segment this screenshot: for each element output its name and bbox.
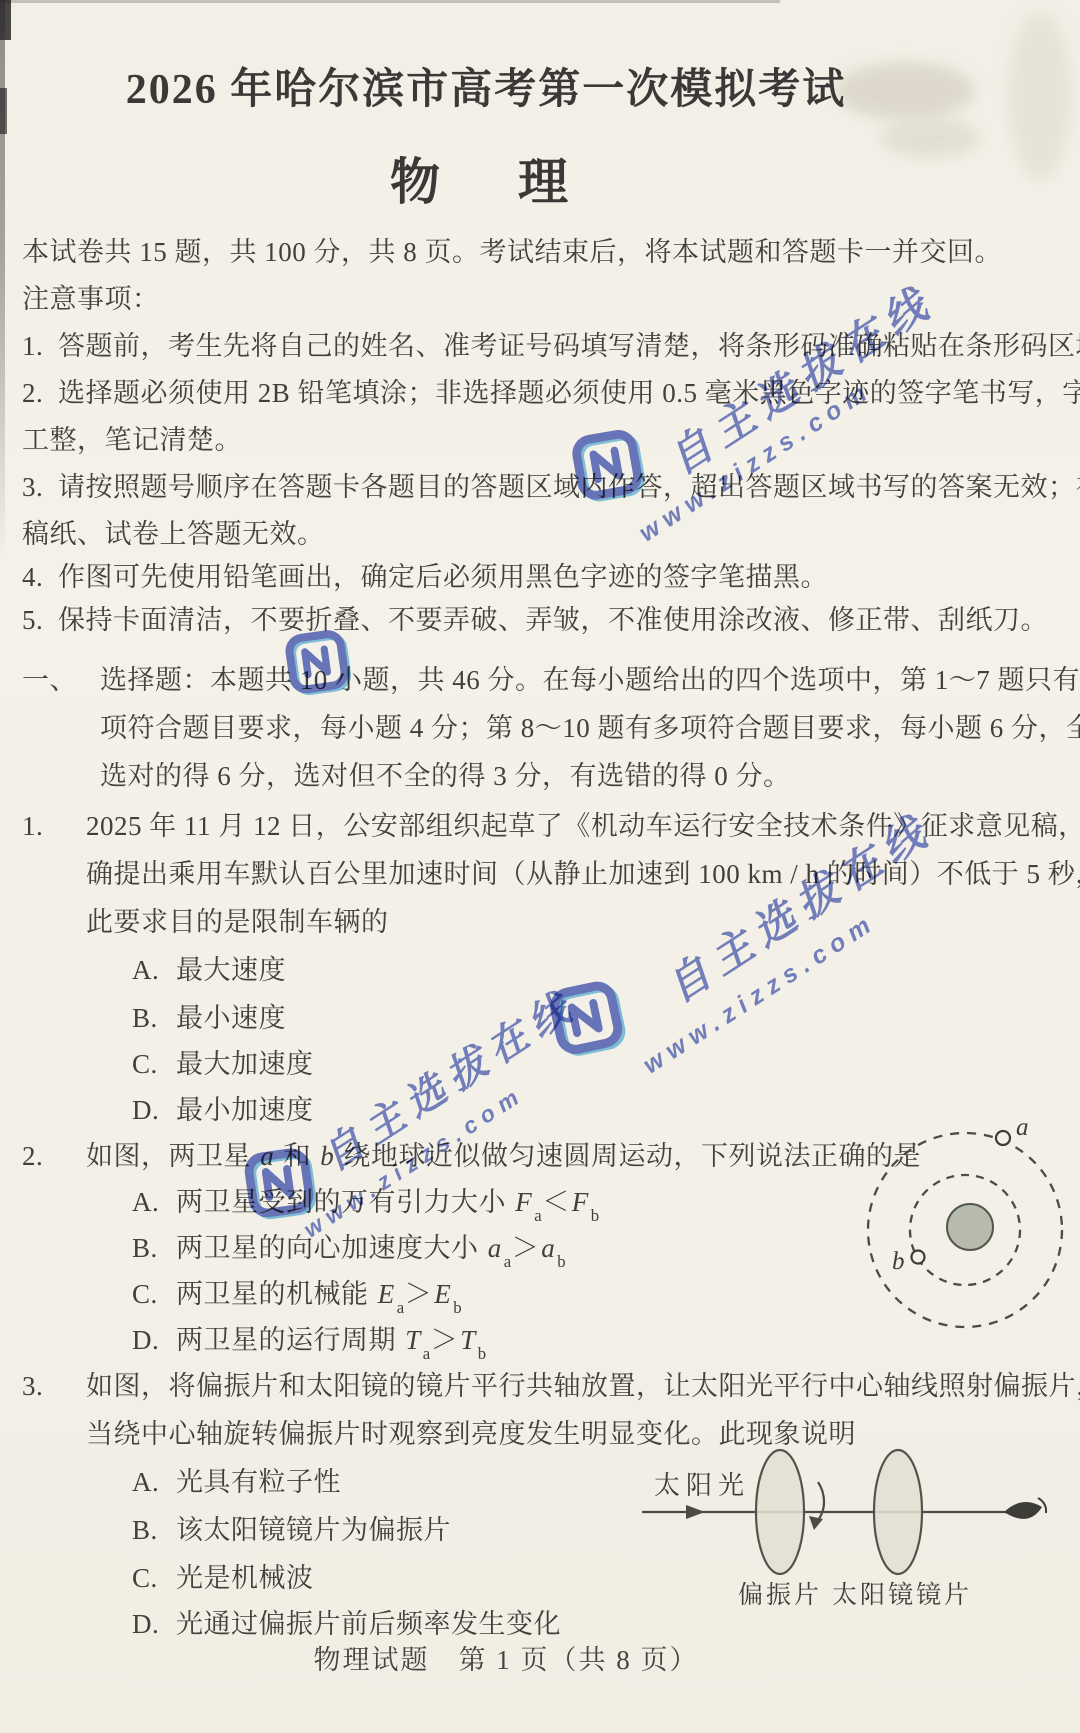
option-text: 两卫星的向心加速度大小 aa＞ab xyxy=(176,1233,566,1263)
option-text: 光具有粒子性 xyxy=(176,1467,341,1497)
option-text: 最小速度 xyxy=(176,1003,286,1033)
item-text: 保持卡面清洁，不要折叠、不要弄破、弄皱，不准使用涂改液、修正带、刮纸刀。 xyxy=(58,605,1048,635)
sunglasses-lens-ellipse xyxy=(874,1450,922,1574)
section-text: 选择题：本题共 10 小题，共 46 分。在每小题给出的四个选项中，第 1～7 … xyxy=(100,665,1080,695)
notice-item-3: 3.请按照题号顺序在答题卡各题目的答题区域内作答，超出答题区域书写的答案无效；在… xyxy=(22,471,1080,504)
option-label: A. xyxy=(132,954,176,987)
item-number: 3. xyxy=(22,471,58,504)
item-number: 2. xyxy=(22,377,58,410)
subject-title: 物 理 xyxy=(0,142,972,214)
notice-item-4: 4.作图可先使用铅笔画出，确定后必须用黑色字迹的签字笔描黑。 xyxy=(22,561,828,594)
option-label: B. xyxy=(132,1002,176,1035)
q1-option-a: A.最大速度 xyxy=(132,954,286,987)
notice-item-2: 2.选择题必须使用 2B 铅笔填涂；非选择题必须使用 0.5 毫米黑色字迹的签字… xyxy=(22,377,1080,410)
option-label: A. xyxy=(132,1186,176,1219)
page-footer: 物理试题 第 1 页（共 8 页） xyxy=(0,1638,1012,1677)
notice-item-2-cont: 工整，笔记清楚。 xyxy=(22,424,242,457)
rotation-arrowhead-icon xyxy=(809,1516,823,1530)
q3-option-c: C.光是机械波 xyxy=(132,1562,314,1595)
question-1-stem-line2: 确提出乘用车默认百公里加速时间（从静止加速到 100 km / h 的时间）不低… xyxy=(86,858,1080,891)
notice-item-5: 5.保持卡面清洁，不要折叠、不要弄破、弄皱，不准使用涂改液、修正带、刮纸刀。 xyxy=(22,604,1048,637)
watermark-logo-icon xyxy=(564,422,647,505)
q3-option-d: D.光通过偏振片前后频率发生变化 xyxy=(132,1608,561,1641)
exam-title: 2026 年哈尔滨市高考第一次模拟考试 xyxy=(0,56,972,116)
item-number: 5. xyxy=(22,604,58,637)
notice-item-3-cont: 稿纸、试卷上答题无效。 xyxy=(22,518,325,551)
question-2-stem: 2.如图，两卫星 a 和 b 绕地球近似做匀速圆周运动，下列说法正确的是 xyxy=(22,1140,921,1173)
option-text: 最大加速度 xyxy=(176,1049,314,1079)
option-label: D. xyxy=(132,1094,176,1127)
item-number: 1. xyxy=(22,330,58,363)
polarizer-ellipse xyxy=(756,1450,804,1574)
option-text: 两卫星的运行周期 Ta＞Tb xyxy=(176,1325,487,1355)
option-label: C. xyxy=(132,1048,176,1081)
polarizer-label: 偏振片 xyxy=(738,1581,822,1609)
q2-option-d: D.两卫星的运行周期 Ta＞Tb xyxy=(132,1324,487,1357)
watermark-logo-icon xyxy=(541,973,629,1061)
intro-summary: 本试卷共 15 题，共 100 分，共 8 页。考试结束后，将本试题和答题卡一并… xyxy=(22,236,1002,269)
question-number: 3. xyxy=(22,1370,86,1403)
q1-option-b: B.最小速度 xyxy=(132,1002,286,1035)
option-label: A. xyxy=(132,1466,176,1499)
watermark-logo-icon xyxy=(237,1141,318,1222)
notice-title: 注意事项： xyxy=(22,283,160,316)
item-number: 4. xyxy=(22,561,58,594)
question-number: 2. xyxy=(22,1140,86,1173)
stem-text: 如图，将偏振片和太阳镜的镜片平行共轴放置，让太阳光平行中心轴线照射偏振片， xyxy=(86,1371,1080,1401)
item-text: 答题前，考生先将自己的姓名、准考证号码填写清楚，将条形码准确粘贴在条形码区域内。 xyxy=(58,331,1080,361)
stem-text: 如图，两卫星 a 和 b 绕地球近似做匀速圆周运动，下列说法正确的是 xyxy=(86,1141,921,1171)
satellite-b-label: b xyxy=(892,1248,905,1275)
section-1-header: 一、选择题：本题共 10 小题，共 46 分。在每小题给出的四个选项中，第 1～… xyxy=(22,664,1080,697)
q3-option-b: B.该太阳镜镜片为偏振片 xyxy=(132,1514,451,1547)
section-1-line3: 选对的得 6 分，选对但不全的得 3 分，有选错的得 0 分。 xyxy=(100,760,791,793)
polarizer-optics-diagram: 太阳光 偏振片 太阳镜镜片 xyxy=(590,1438,1080,1618)
satellite-orbit-diagram: a b xyxy=(840,1105,1070,1350)
section-1-line2: 项符合题目要求，每小题 4 分；第 8～10 题有多项符合题目要求，每小题 6 … xyxy=(100,712,1080,745)
option-label: D. xyxy=(132,1608,176,1641)
sunglasses-lens-label: 太阳镜镜片 xyxy=(832,1581,972,1609)
sunlight-label: 太阳光 xyxy=(654,1471,750,1500)
eye-icon xyxy=(1004,1502,1042,1519)
q3-option-a: A.光具有粒子性 xyxy=(132,1466,341,1499)
question-number: 1. xyxy=(22,810,86,843)
scan-edge-top-line xyxy=(0,0,780,3)
question-1-stem-line3: 此要求目的是限制车辆的 xyxy=(86,906,389,939)
rotation-arrow-icon xyxy=(818,1482,824,1520)
option-label: C. xyxy=(132,1562,176,1595)
section-number: 一、 xyxy=(22,664,100,697)
option-text: 光通过偏振片前后频率发生变化 xyxy=(176,1609,561,1639)
option-text: 光是机械波 xyxy=(176,1563,314,1593)
item-text: 请按照题号顺序在答题卡各题目的答题区域内作答，超出答题区域书写的答案无效；在草 xyxy=(58,472,1080,502)
light-arrowhead-icon xyxy=(686,1505,705,1519)
option-label: D. xyxy=(132,1324,176,1357)
question-3-stem: 3.如图，将偏振片和太阳镜的镜片平行共轴放置，让太阳光平行中心轴线照射偏振片， xyxy=(22,1370,1080,1403)
option-text: 最大速度 xyxy=(176,955,286,985)
satellite-a-icon xyxy=(996,1131,1010,1145)
q1-option-d: D.最小加速度 xyxy=(132,1094,314,1127)
option-label: C. xyxy=(132,1278,176,1311)
q1-option-c: C.最大加速度 xyxy=(132,1048,314,1081)
q2-option-c: C.两卫星的机械能 Ea＞Eb xyxy=(132,1278,462,1311)
exam-paper-page: 2026 年哈尔滨市高考第一次模拟考试 物 理 本试卷共 15 题，共 100 … xyxy=(0,0,1080,1733)
earth-icon xyxy=(947,1204,993,1250)
q2-option-b: B.两卫星的向心加速度大小 aa＞ab xyxy=(132,1232,566,1265)
scan-smudge xyxy=(1008,12,1072,180)
option-text: 最小加速度 xyxy=(176,1095,314,1125)
item-text: 作图可先使用铅笔画出，确定后必须用黑色字迹的签字笔描黑。 xyxy=(58,562,828,592)
item-text: 选择题必须使用 2B 铅笔填涂；非选择题必须使用 0.5 毫米黑色字迹的签字笔书… xyxy=(58,378,1080,408)
option-label: B. xyxy=(132,1514,176,1547)
satellite-a-label: a xyxy=(1016,1114,1029,1141)
option-text: 两卫星的机械能 Ea＞Eb xyxy=(176,1279,462,1309)
satellite-b-icon xyxy=(912,1251,925,1264)
option-label: B. xyxy=(132,1232,176,1265)
watermark-logo-icon xyxy=(279,624,354,699)
option-text: 该太阳镜镜片为偏振片 xyxy=(176,1515,451,1545)
